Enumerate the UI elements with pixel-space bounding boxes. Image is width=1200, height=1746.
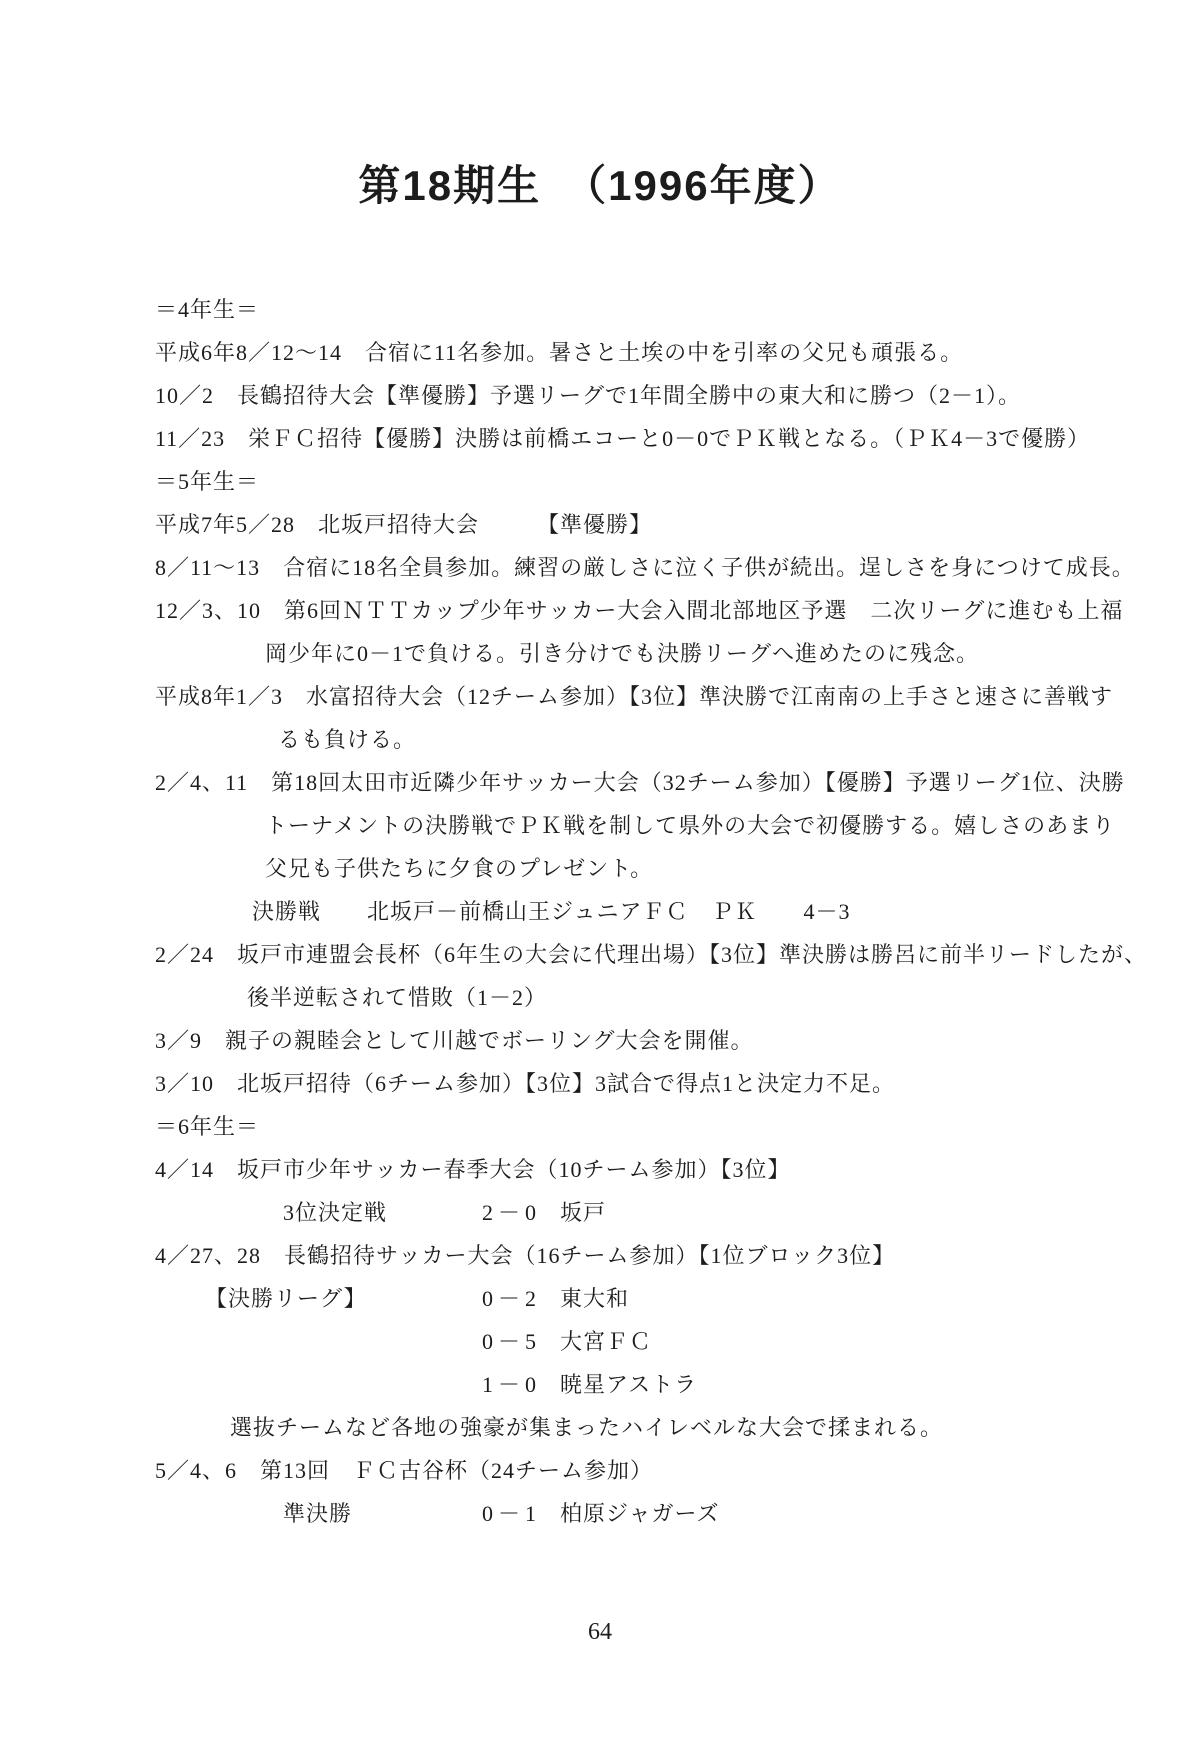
continuation-line: 父兄も子供たちに夕食のプレゼント。 <box>155 847 1160 890</box>
entry-line: 平成6年8／12～14 合宿に11名参加。暑さと土埃の中を引率の父兄も頑張る。 <box>155 331 1160 374</box>
final-match-line: 決勝戦 北坂戸－前橋山王ジュニアＦＣ ＰＫ 4－3 <box>155 890 1160 933</box>
entry-line: 10／2 長鶴招待大会【準優勝】予選リーグで1年間全勝中の東大和に勝つ（2－1）… <box>155 374 1160 417</box>
continuation-line: るも負ける。 <box>155 718 1160 761</box>
entry-line: 2／24 坂戸市連盟会長杯（6年生の大会に代理出場）【3位】準決勝は勝呂に前半リ… <box>155 933 1160 976</box>
match-team: 暁星アストラ <box>560 1363 697 1406</box>
document-page: 第18期生 （1996年度） ＝4年生＝ 平成6年8／12～14 合宿に11名参… <box>0 0 1200 1746</box>
continuation-line: 岡少年に0－1で負ける。引き分けでも決勝リーグへ進めたのに残念。 <box>155 632 1160 675</box>
match-result-line: 【決勝リーグ】 0－2 東大和 <box>155 1277 1160 1320</box>
match-score: 2－0 <box>482 1191 541 1234</box>
entry-line: 2／4、11 第18回太田市近隣少年サッカー大会（32チーム参加）【優勝】予選リ… <box>155 761 1160 804</box>
document-body: ＝4年生＝ 平成6年8／12～14 合宿に11名参加。暑さと土埃の中を引率の父兄… <box>155 288 1160 1535</box>
match-result-line: 0－5 大宮ＦＣ <box>155 1320 1160 1363</box>
match-team: 東大和 <box>560 1277 629 1320</box>
page-title: 第18期生 （1996年度） <box>0 163 1200 209</box>
entry-line: 3／10 北坂戸招待（6チーム参加）【3位】3試合で得点1と決定力不足。 <box>155 1062 1160 1105</box>
page-number: 64 <box>0 1618 1200 1647</box>
entry-line: 平成7年5／28 北坂戸招待大会 【準優勝】 <box>155 503 1160 546</box>
section-header-grade5: ＝5年生＝ <box>155 460 1160 503</box>
entry-line: 11／23 栄ＦＣ招待【優勝】決勝は前橋エコーと0－0でＰＫ戦となる。（ＰＫ4－… <box>155 417 1160 460</box>
match-result-line: 1－0 暁星アストラ <box>155 1363 1160 1406</box>
match-score: 0－2 <box>482 1277 541 1320</box>
entry-line: 12／3、10 第6回ＮＴＴカップ少年サッカー大会入間北部地区予選 二次リーグに… <box>155 589 1160 632</box>
match-team: 坂戸 <box>560 1191 606 1234</box>
match-score: 0－5 <box>482 1320 541 1363</box>
continuation-line: トーナメントの決勝戦でＰＫ戦を制して県外の大会で初優勝する。嬉しさのあまり <box>155 804 1160 847</box>
continuation-line: 選抜チームなど各地の強豪が集まったハイレベルな大会で揉まれる。 <box>155 1406 1160 1449</box>
match-result-line: 3位決定戦 2－0 坂戸 <box>155 1191 1160 1234</box>
entry-line: 平成8年1／3 水富招待大会（12チーム参加）【3位】準決勝で江南南の上手さと速… <box>155 675 1160 718</box>
match-label: 準決勝 <box>283 1492 352 1535</box>
match-score: 1－0 <box>482 1363 541 1406</box>
continuation-line: 後半逆転されて惜敗（1－2） <box>155 976 1160 1019</box>
entry-line: 8／11～13 合宿に18名全員参加。練習の厳しさに泣く子供が続出。逞しさを身に… <box>155 546 1160 589</box>
match-score: 0－1 <box>482 1492 541 1535</box>
entry-line: 3／9 親子の親睦会として川越でボーリング大会を開催。 <box>155 1019 1160 1062</box>
match-result-line: 準決勝 0－1 柏原ジャガーズ <box>155 1492 1160 1535</box>
match-team: 柏原ジャガーズ <box>560 1492 719 1535</box>
match-team: 大宮ＦＣ <box>560 1320 652 1363</box>
match-label: 【決勝リーグ】 <box>205 1277 367 1320</box>
entry-line: 4／14 坂戸市少年サッカー春季大会（10チーム参加）【3位】 <box>155 1148 1160 1191</box>
match-label: 3位決定戦 <box>283 1191 387 1234</box>
entry-line: 4／27、28 長鶴招待サッカー大会（16チーム参加）【1位ブロック3位】 <box>155 1234 1160 1277</box>
section-header-grade4: ＝4年生＝ <box>155 288 1160 331</box>
section-header-grade6: ＝6年生＝ <box>155 1105 1160 1148</box>
entry-line: 5／4、6 第13回 ＦＣ古谷杯（24チーム参加） <box>155 1449 1160 1492</box>
